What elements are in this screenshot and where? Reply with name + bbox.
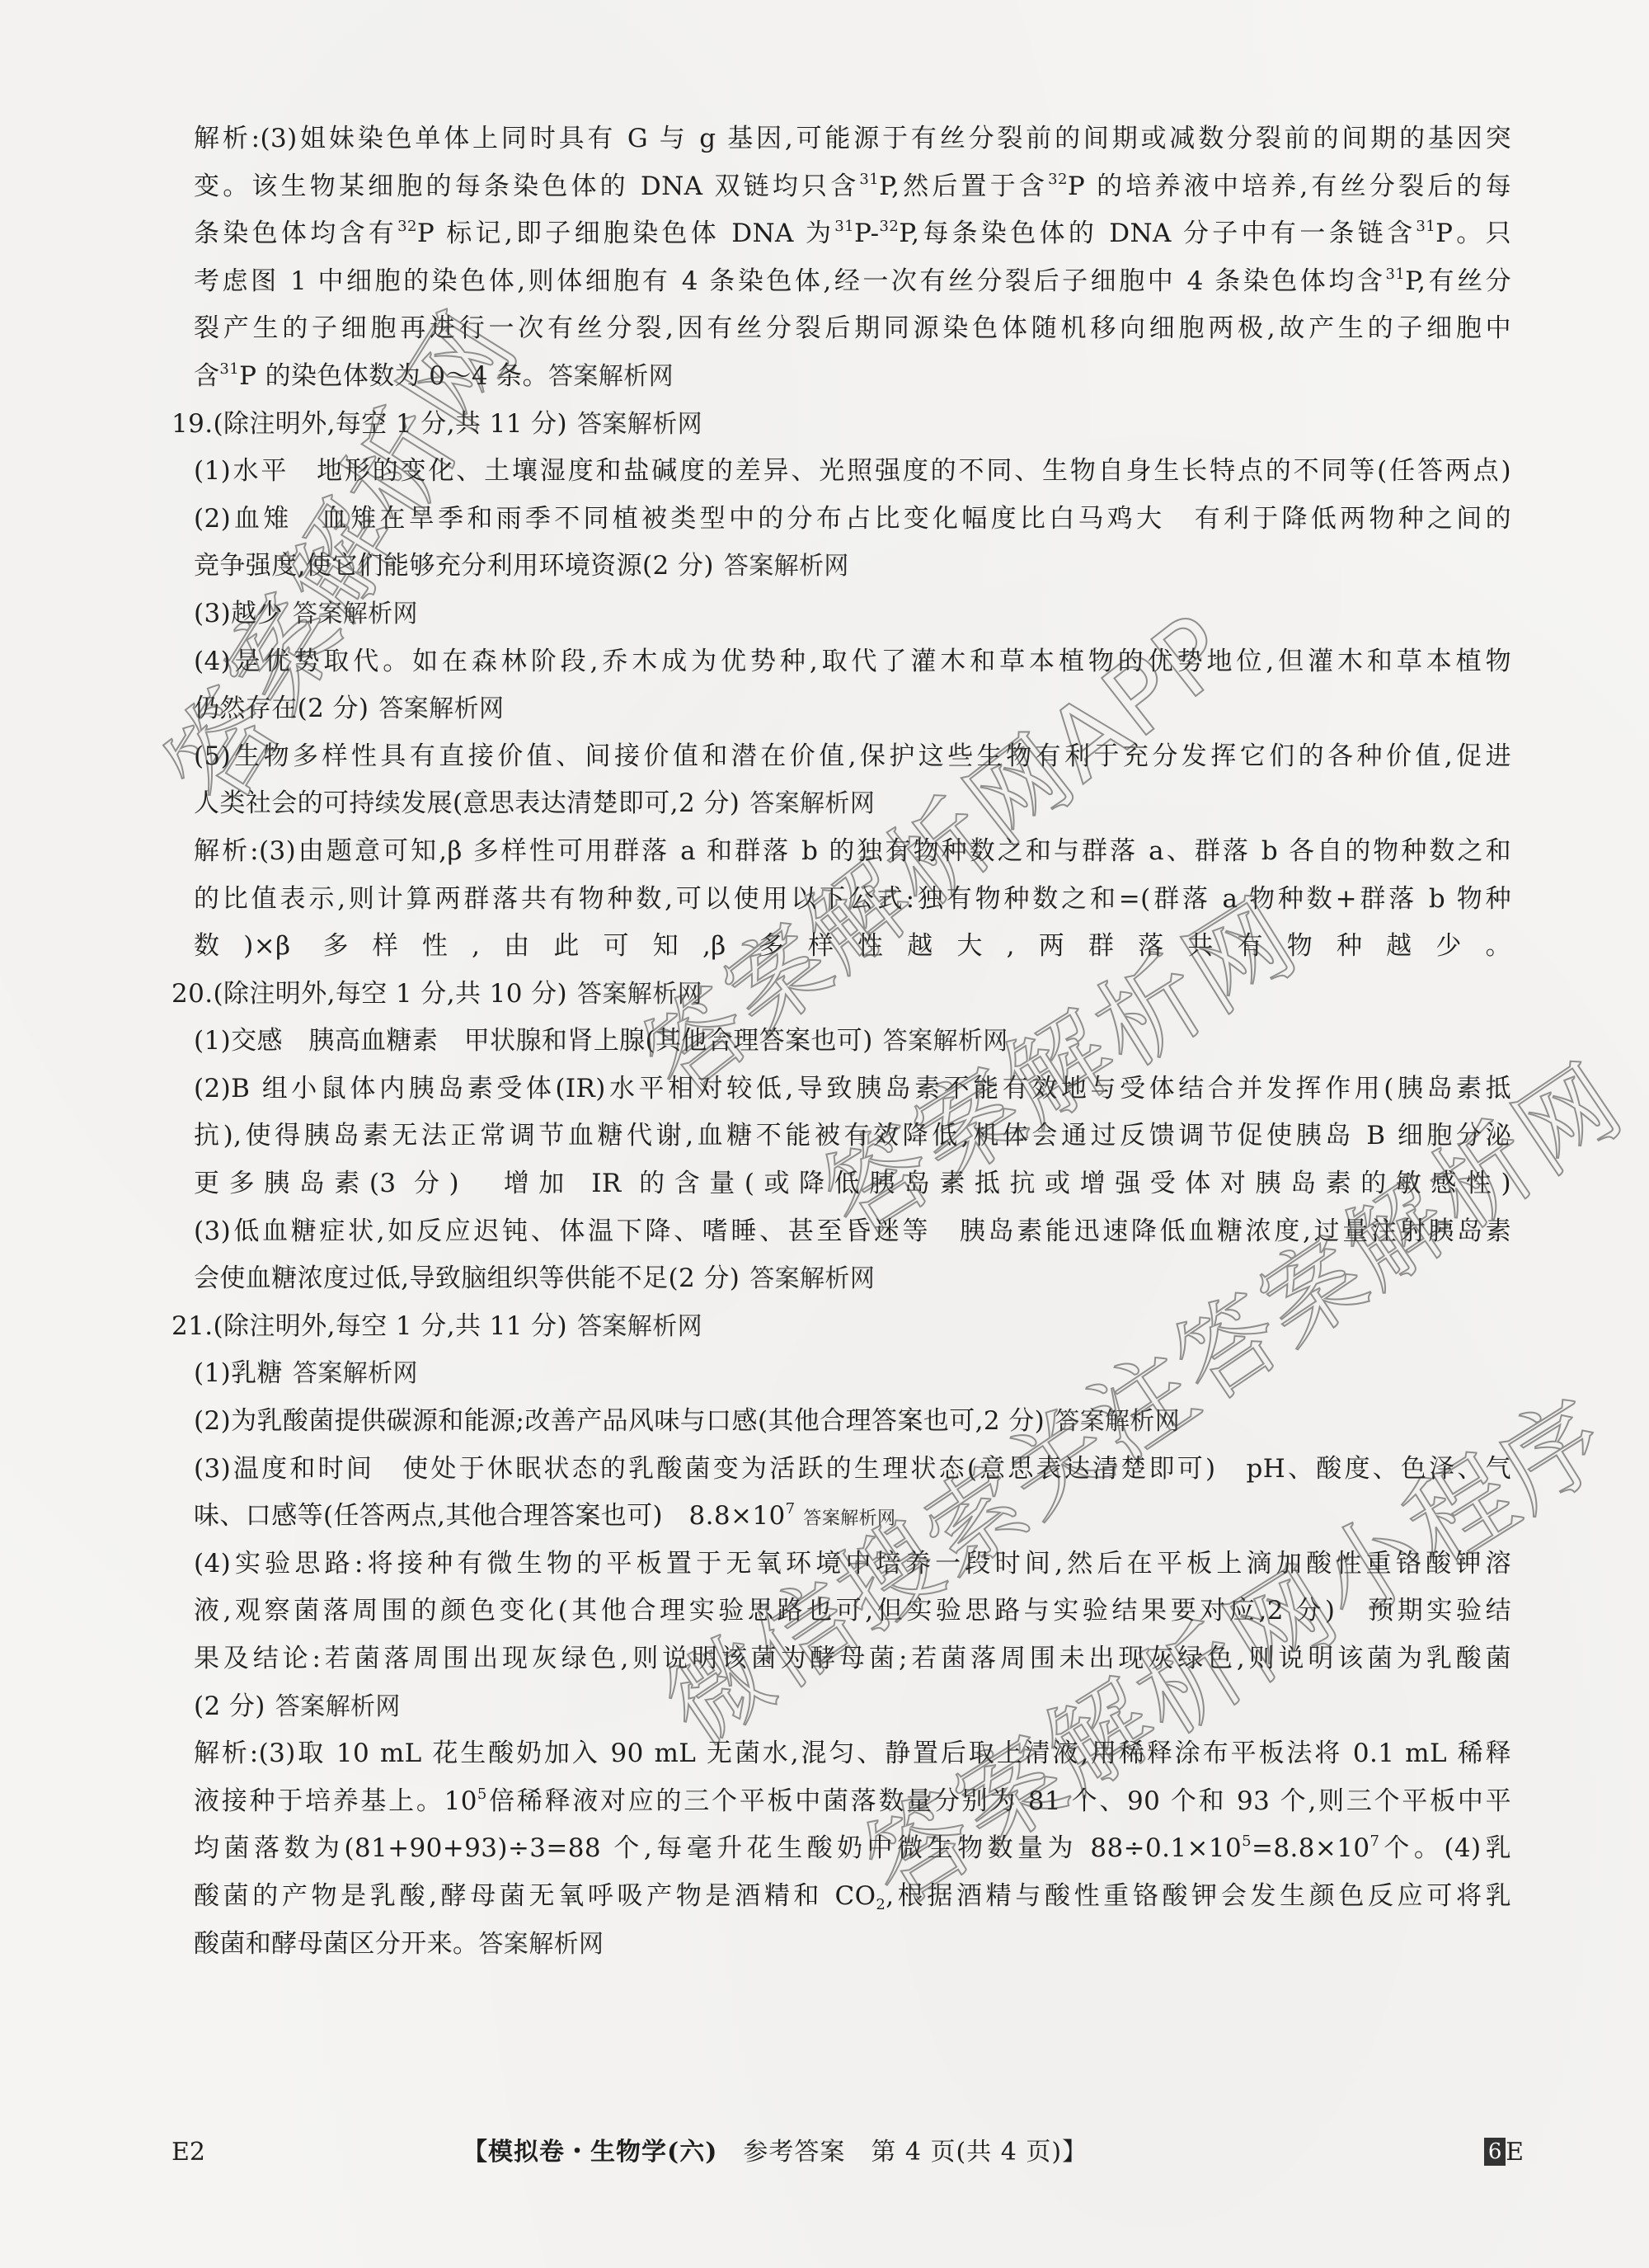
page-footer: E2 【模拟卷・生物学(六) 参考答案 第 4 页(共 4 页)】 6E <box>171 2128 1524 2177</box>
question-number: 20. <box>171 971 214 1019</box>
analysis-line: 条染色体均含有32P 标记,即子细胞染色体 DNA 为31P-32P,每条染色体… <box>171 210 1511 258</box>
answer-line: (5)生物多样性具有直接价值、间接价值和潜在价值,保护这些生物有利于充分发挥它们… <box>171 733 1511 781</box>
answer-line: 味、口感等(任答两点,其他合理答案也可) 8.8×107答案解析网 <box>171 1493 1511 1541</box>
analysis-line: 含31P 的染色体数为 0～4 条。答案解析网 <box>171 353 1511 401</box>
inline-watermark: 答案解析网 <box>749 1264 875 1293</box>
question-scoring-note: (除注明外,每空 1 分,共 11 分) <box>214 1311 567 1341</box>
inline-watermark: 答案解析网 <box>478 1930 604 1959</box>
analysis-line: 均菌落数为(81+90+93)÷3=88 个,每毫升花生酸奶中微生物数量为 88… <box>171 1825 1511 1873</box>
answer-line: 解析:(3)由题意可知,β 多样性可用群落 a 和群落 b 的独有物种数之和与群… <box>171 828 1511 876</box>
analysis-line: 解析:(3)取 10 mL 花生酸奶加入 90 mL 无菌水,混匀、静置后取上清… <box>171 1730 1511 1778</box>
answer-line: (2)为乳酸菌提供碳源和能源;改善产品风味与口感(其他合理答案也可,2 分)答案… <box>171 1398 1511 1446</box>
question-header-20: 20.(除注明外,每空 1 分,共 10 分)答案解析网 <box>171 971 1511 1019</box>
answer-line: (2)B 组小鼠体内胰岛素受体(IR)水平相对较低,导致胰岛素不能有效地与受体结… <box>171 1066 1511 1113</box>
inline-watermark: 答案解析网 <box>724 552 849 581</box>
analysis-line: 酸菌和酵母菌区分开来。答案解析网 <box>171 1921 1511 1969</box>
document-page: 解析:(3)姐妹染色单体上同时具有 G 与 g 基因,可能源于有丝分裂前的间期或… <box>0 0 1649 2268</box>
answer-line: (3)低血糖症状,如反应迟钝、体温下降、嗜睡、甚至昏迷等 胰岛素能迅速降低血糖浓… <box>171 1208 1511 1256</box>
analysis-line: 裂产生的子细胞再进行一次有丝分裂,因有丝分裂后期同源染色体随机移向细胞两极,故产… <box>171 305 1511 353</box>
answer-line: 人类社会的可持续发展(意思表达清楚即可,2 分)答案解析网 <box>171 780 1511 828</box>
answer-line: (3)温度和时间 使处于休眠状态的乳酸菌变为活跃的生理状态(意思表达清楚即可) … <box>171 1446 1511 1494</box>
analysis-line: 解析:(3)姐妹染色单体上同时具有 G 与 g 基因,可能源于有丝分裂前的间期或… <box>171 115 1511 163</box>
answer-line: 会使血糖浓度过低,导致脑组织等供能不足(2 分)答案解析网 <box>171 1255 1511 1303</box>
inline-watermark: 答案解析网 <box>577 980 702 1009</box>
inline-watermark: 答案解析网 <box>749 789 875 818</box>
question-scoring-note: (除注明外,每空 1 分,共 11 分) <box>214 409 567 439</box>
inline-watermark: 答案解析网 <box>1055 1407 1180 1436</box>
answer-line: (1)乳糖答案解析网 <box>171 1350 1511 1398</box>
inline-watermark: 答案解析网 <box>275 1692 401 1721</box>
answer-line: 果及结论:若菌落周围出现灰绿色,则说明该菌为酵母菌;若菌落周围未出现灰绿色,则说… <box>171 1635 1511 1683</box>
edition-badge: 6 <box>1484 2138 1506 2166</box>
analysis-line: 考虑图 1 中细胞的染色体,则体细胞有 4 条染色体,经一次有丝分裂后子细胞中 … <box>171 258 1511 306</box>
answer-line: 仍然存在(2 分)答案解析网 <box>171 685 1511 733</box>
questions-list: 19.(除注明外,每空 1 分,共 11 分)答案解析网(1)水平 地形的变化、… <box>171 401 1511 1731</box>
inline-watermark: 答案解析网 <box>803 1508 895 1529</box>
answer-line: (4)是优势取代。如在森林阶段,乔木成为优势种,取代了灌木和草本植物的优势地位,… <box>171 638 1511 686</box>
analysis-line: 液接种于培养基上。105倍稀释液对应的三个平板中菌落数量分别为 81 个、90 … <box>171 1778 1511 1826</box>
question-number: 19. <box>171 401 214 449</box>
answer-line: 液,观察菌落周围的颜色变化(其他合理实验思路也可,但实验思路与实验结果要对应,2… <box>171 1588 1511 1635</box>
answer-line: 的比值表示,则计算两群落共有物种数,可以使用以下公式:独有物种数之和=(群落 a… <box>171 876 1511 924</box>
answer-line: 数)×β 多样性,由此可知,β 多样性越大,两群落共有物种越少。 <box>171 923 1511 971</box>
question-header-19: 19.(除注明外,每空 1 分,共 11 分)答案解析网 <box>171 401 1511 449</box>
inline-watermark: 答案解析网 <box>577 410 702 439</box>
inline-watermark: 答案解析网 <box>577 1312 702 1341</box>
answer-content: 解析:(3)姐妹染色单体上同时具有 G 与 g 基因,可能源于有丝分裂前的间期或… <box>171 115 1511 1968</box>
analysis-line: 酸菌的产物是乳酸,酵母菌无氧呼吸产物是酒精和 CO2,根据酒精与酸性重铬酸钾会发… <box>171 1873 1511 1921</box>
inline-watermark: 答案解析网 <box>293 1359 418 1388</box>
inline-watermark: 答案解析网 <box>378 694 504 723</box>
answer-line: 更多胰岛素(3 分) 增加 IR 的含量(或降低胰岛素抵抗或增强受体对胰岛素的敏… <box>171 1160 1511 1208</box>
question-scoring-note: (除注明外,每空 1 分,共 10 分) <box>214 979 567 1009</box>
inline-watermark: 答案解析网 <box>883 1027 1008 1056</box>
answer-line: (4)实验思路:将接种有微生物的平板置于无氧环境中培养一段时间,然后在平板上滴加… <box>171 1541 1511 1588</box>
footer-code: E2 <box>171 2128 205 2177</box>
analysis-line: 变。该生物某细胞的每条染色体的 DNA 双链均只含31P,然后置于含32P 的培… <box>171 163 1511 211</box>
answer-line: (2)血雉 血雉在旱季和雨季不同植被类型中的分布占比变化幅度比白马鸡大 有利于降… <box>171 496 1511 543</box>
answer-line: 竞争强度,使它们能够充分利用环境资源(2 分)答案解析网 <box>171 543 1511 591</box>
inline-watermark: 答案解析网 <box>293 600 418 628</box>
inline-watermark: 答案解析网 <box>548 362 674 391</box>
answer-line: 抗),使得胰岛素无法正常调节血糖代谢,血糖不能被有效降低,机体会通过反馈调节促使… <box>171 1113 1511 1160</box>
question-number: 21. <box>171 1303 214 1351</box>
footer-badge: 6E <box>1484 2128 1524 2177</box>
answer-line: (1)水平 地形的变化、土壤湿度和盐碱度的差异、光照强度的不同、生物自身生长特点… <box>171 448 1511 496</box>
answer-line: (3)越少答案解析网 <box>171 591 1511 638</box>
question-header-21: 21.(除注明外,每空 1 分,共 11 分)答案解析网 <box>171 1303 1511 1351</box>
answer-line: (1)交感 胰高血糖素 甲状腺和肾上腺(其他合理答案也可)答案解析网 <box>171 1018 1511 1066</box>
answer-line: (2 分)答案解析网 <box>171 1683 1511 1731</box>
footer-title: 【模拟卷・生物学(六) 参考答案 第 4 页(共 4 页)】 <box>463 2128 1088 2177</box>
